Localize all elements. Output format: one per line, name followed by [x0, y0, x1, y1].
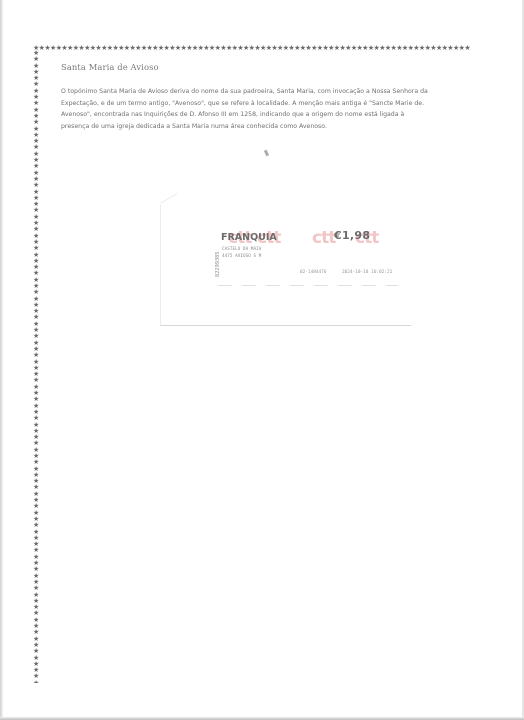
postage-machine-code: 02-1484476 — [300, 270, 326, 275]
document-title: Santa Maria de Avioso — [61, 62, 159, 72]
postage-serial-number: 82299385 — [215, 237, 221, 277]
document-paragraph: O topónimo Santa Maria de Avioso deriva … — [61, 86, 433, 132]
postage-type-label: FRANQUIA — [221, 232, 277, 243]
postage-price: €1,98 — [334, 229, 370, 242]
star-border-top: ★★★★★★★★★★★★★★★★★★★★★★★★★★★★★★★★★★★★★★★★… — [33, 44, 483, 52]
scan-page-edge-left — [0, 0, 3, 720]
postage-receipt — [160, 205, 411, 326]
ctt-watermark-logo: ctt — [312, 228, 335, 248]
receipt-dashed-line — [218, 285, 398, 286]
post-office-address: 4475 AVIOSO S M — [222, 253, 261, 258]
scan-artifact — [264, 150, 269, 157]
star-border-left: ★★★★★★★★★★★★★★★★★★★★★★★★★★★★★★★★★★★★★★★★… — [33, 50, 41, 683]
receipt-torn-corner — [160, 193, 178, 204]
post-office-name: CASTELO DA MAIA — [222, 246, 261, 251]
postage-datetime: 2024-10-10 16:02:21 — [342, 270, 392, 275]
